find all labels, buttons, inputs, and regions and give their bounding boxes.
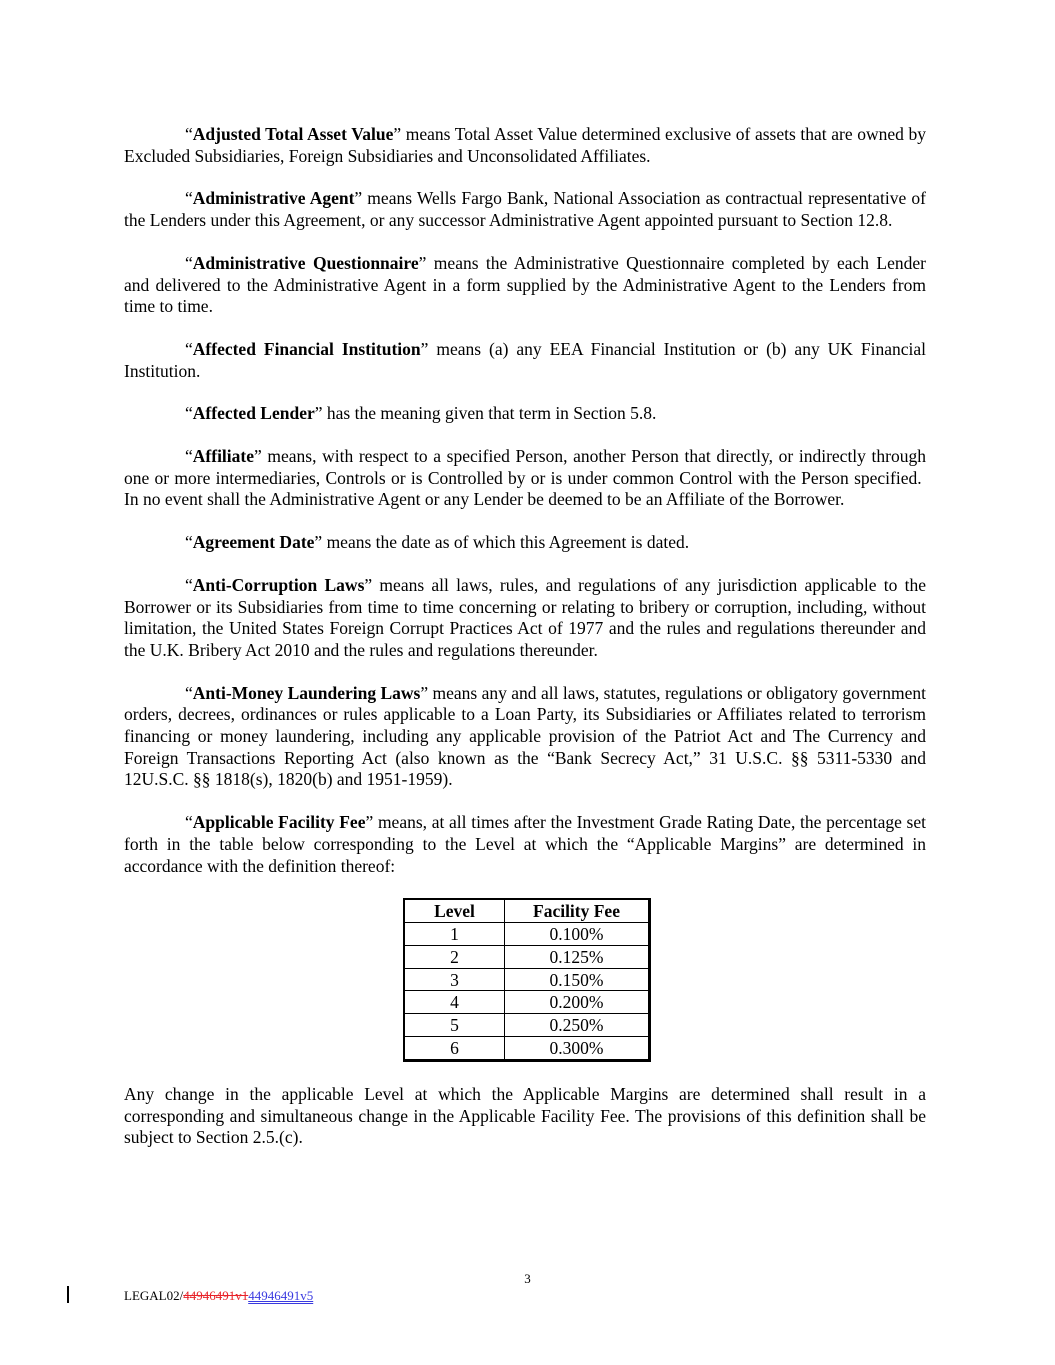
level-cell: 3 <box>404 968 505 991</box>
level-cell: 5 <box>404 1014 505 1037</box>
footer-prefix: LEGAL02/ <box>124 1288 183 1303</box>
footer-inserted-id: 44946491v5 <box>248 1288 313 1303</box>
definition-text: ” has the meaning given that term in Sec… <box>315 403 657 423</box>
definition-paragraph: “Affected Financial Institution” means (… <box>124 339 926 382</box>
open-quote: “ <box>185 683 193 703</box>
definition-paragraph: “Administrative Questionnaire” means the… <box>124 253 926 318</box>
defined-term: Affiliate <box>193 446 254 466</box>
definition-paragraph: “Anti-Corruption Laws” means all laws, r… <box>124 575 926 662</box>
defined-term: Applicable Facility Fee <box>193 812 366 832</box>
definition-text: ” means the date as of which this Agreem… <box>314 532 689 552</box>
page-number: 3 <box>0 1271 1055 1287</box>
definition-paragraph: “Applicable Facility Fee” means, at all … <box>124 812 926 877</box>
table-row: 20.125% <box>404 945 650 968</box>
open-quote: “ <box>185 253 193 273</box>
document-footer: LEGAL02/44946491v144946491v5 <box>124 1288 313 1304</box>
defined-term: Anti-Corruption Laws <box>193 575 365 595</box>
defined-term: Affected Lender <box>193 403 315 423</box>
facility-fee-cell: 0.100% <box>505 923 650 946</box>
closing-paragraph: Any change in the applicable Level at wh… <box>124 1084 926 1149</box>
facility-fee-cell: 0.125% <box>505 945 650 968</box>
table-header-row: Level Facility Fee <box>404 899 650 922</box>
defined-term: Anti-Money Laundering Laws <box>193 683 421 703</box>
facility-fee-cell: 0.300% <box>505 1037 650 1061</box>
level-cell: 6 <box>404 1037 505 1061</box>
open-quote: “ <box>185 339 193 359</box>
definition-paragraph: “Affected Lender” has the meaning given … <box>124 403 926 425</box>
document-body: “Adjusted Total Asset Value” means Total… <box>124 124 926 1170</box>
header-facility-fee: Facility Fee <box>505 899 650 922</box>
change-bar <box>67 1286 69 1303</box>
table-row: 60.300% <box>404 1037 650 1061</box>
facility-fee-cell: 0.200% <box>505 991 650 1014</box>
open-quote: “ <box>185 575 193 595</box>
open-quote: “ <box>185 446 193 466</box>
defined-term: Agreement Date <box>193 532 315 552</box>
definitions-list: “Adjusted Total Asset Value” means Total… <box>124 124 926 877</box>
header-level: Level <box>404 899 505 922</box>
open-quote: “ <box>185 403 193 423</box>
definition-paragraph: “Administrative Agent” means Wells Fargo… <box>124 188 926 231</box>
level-cell: 1 <box>404 923 505 946</box>
facility-fee-table: Level Facility Fee 10.100%20.125%30.150%… <box>403 898 651 1062</box>
defined-term: Affected Financial Institution <box>193 339 421 359</box>
fee-table-wrapper: Level Facility Fee 10.100%20.125%30.150%… <box>124 898 926 1062</box>
table-row: 30.150% <box>404 968 650 991</box>
open-quote: “ <box>185 124 193 144</box>
level-cell: 4 <box>404 991 505 1014</box>
defined-term: Administrative Agent <box>193 188 355 208</box>
level-cell: 2 <box>404 945 505 968</box>
facility-fee-cell: 0.150% <box>505 968 650 991</box>
table-row: 40.200% <box>404 991 650 1014</box>
table-row: 10.100% <box>404 923 650 946</box>
defined-term: Adjusted Total Asset Value <box>193 124 394 144</box>
facility-fee-cell: 0.250% <box>505 1014 650 1037</box>
definition-paragraph: “Anti-Money Laundering Laws” means any a… <box>124 683 926 792</box>
footer-deleted-id: 44946491v1 <box>183 1288 248 1303</box>
definition-paragraph: “Affiliate” means, with respect to a spe… <box>124 446 926 511</box>
definition-paragraph: “Agreement Date” means the date as of wh… <box>124 532 926 554</box>
open-quote: “ <box>185 188 193 208</box>
open-quote: “ <box>185 812 193 832</box>
table-row: 50.250% <box>404 1014 650 1037</box>
open-quote: “ <box>185 532 193 552</box>
definition-paragraph: “Adjusted Total Asset Value” means Total… <box>124 124 926 167</box>
defined-term: Administrative Questionnaire <box>193 253 419 273</box>
